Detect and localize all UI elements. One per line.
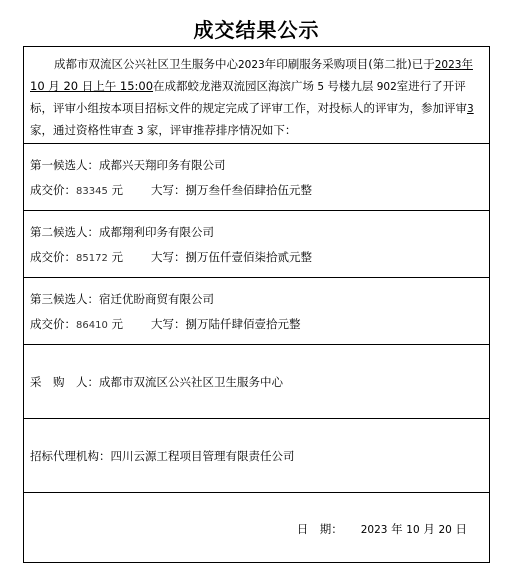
- participant-count: 3: [467, 103, 474, 115]
- project-year: 2023: [238, 59, 265, 71]
- day-unit: 日: [456, 522, 468, 536]
- price-value: 85172: [76, 253, 108, 264]
- upper-label: 大写：: [151, 183, 186, 197]
- intro-text: 成都市双流区公兴社区卫生服务中心: [54, 57, 238, 71]
- agency-row: 招标代理机构：四川云源工程项目管理有限责任公司: [24, 418, 489, 492]
- price-uppercase: 捌万陆仟肆佰壹拾元整: [185, 317, 300, 331]
- intro-text: 号楼九层: [327, 79, 373, 93]
- candidate-name-line: 第二候选人：成都翔利印务有限公司: [30, 224, 214, 240]
- page-title: 成交结果公示: [0, 14, 513, 43]
- intro-text: 家，通过资格性审查: [30, 123, 134, 137]
- price-uppercase: 捌万伍仟壹佰柒拾贰元整: [185, 250, 312, 264]
- date-month: 10: [406, 524, 419, 536]
- candidate-rank-label: 第二候选人：: [30, 225, 99, 239]
- price-value: 83345: [76, 186, 108, 197]
- result-table: 成都市双流区公兴社区卫生服务中心2023年印刷服务采购项目(第二批)已于2023…: [23, 46, 490, 563]
- date-row: 日 期：2023 年 10 月 20 日: [24, 492, 489, 563]
- upper-label: 大写：: [151, 317, 186, 331]
- candidate-row-1: 第一候选人：成都兴天翔印务有限公司 成交价：83345 元大写：捌万叁仟叁佰肆拾…: [24, 143, 489, 210]
- candidate-rank-label: 第三候选人：: [30, 292, 99, 306]
- candidate-rank-label: 第一候选人：: [30, 158, 99, 172]
- price-value: 86410: [76, 320, 108, 331]
- price-unit: 元: [111, 317, 123, 331]
- agency-line: 招标代理机构：四川云源工程项目管理有限责任公司: [30, 448, 295, 464]
- intro-paragraph: 成都市双流区公兴社区卫生服务中心2023年印刷服务采购项目(第二批)已于2023…: [24, 47, 489, 144]
- price-unit: 元: [111, 183, 123, 197]
- intro-text: 年印刷服务采购项目(第二批)已于: [265, 57, 435, 71]
- date-day: 20: [438, 524, 451, 536]
- price-uppercase: 捌万叁仟叁佰肆拾伍元整: [185, 183, 312, 197]
- purchaser-line: 采 购 人：成都市双流区公兴社区卫生服务中心: [30, 374, 283, 390]
- intro-text: 在成都蛟龙港双流园区海滨广场: [153, 79, 314, 93]
- open-date-year: 2023: [435, 59, 462, 71]
- price-label: 成交价：: [30, 183, 76, 197]
- price-unit: 元: [111, 250, 123, 264]
- candidate-name-line: 第一候选人：成都兴天翔印务有限公司: [30, 157, 226, 173]
- purchaser-label: 采 购 人：: [30, 375, 99, 389]
- purchaser-row: 采 购 人：成都市双流区公兴社区卫生服务中心: [24, 344, 489, 418]
- candidate-name-line: 第三候选人：宿迁优盼商贸有限公司: [30, 291, 214, 307]
- date-year: 2023: [361, 524, 388, 536]
- upper-label: 大写：: [151, 250, 186, 264]
- price-label: 成交价：: [30, 317, 76, 331]
- candidate-row-3: 第三候选人：宿迁优盼商贸有限公司 成交价：86410 元大写：捌万陆仟肆佰壹拾元…: [24, 277, 489, 344]
- date-line: 日 期：2023 年 10 月 20 日: [297, 521, 467, 537]
- price-label: 成交价：: [30, 250, 76, 264]
- candidate-price-line: 成交价：83345 元大写：捌万叁仟叁佰肆拾伍元整: [30, 182, 312, 198]
- candidate-name: 成都翔利印务有限公司: [99, 225, 214, 239]
- agency-label: 招标代理机构：: [30, 449, 111, 463]
- candidate-price-line: 成交价：86410 元大写：捌万陆仟肆佰壹拾元整: [30, 316, 300, 332]
- month-unit: 月: [423, 522, 435, 536]
- room-number: 902: [377, 81, 397, 93]
- year-unit: 年: [391, 522, 403, 536]
- candidate-row-2: 第二候选人：成都翔利印务有限公司 成交价：85172 元大写：捌万伍仟壹佰柒拾贰…: [24, 210, 489, 277]
- intro-text: 家，评审推荐排序情况如下：: [147, 123, 297, 137]
- date-label: 日 期：: [297, 522, 343, 536]
- candidate-name: 宿迁优盼商贸有限公司: [99, 292, 214, 306]
- candidate-name: 成都兴天翔印务有限公司: [99, 158, 226, 172]
- purchaser-name: 成都市双流区公兴社区卫生服务中心: [99, 375, 283, 389]
- candidate-price-line: 成交价：85172 元大写：捌万伍仟壹佰柒拾贰元整: [30, 249, 312, 265]
- agency-name: 四川云源工程项目管理有限责任公司: [111, 449, 295, 463]
- qualified-count: 3: [137, 125, 144, 137]
